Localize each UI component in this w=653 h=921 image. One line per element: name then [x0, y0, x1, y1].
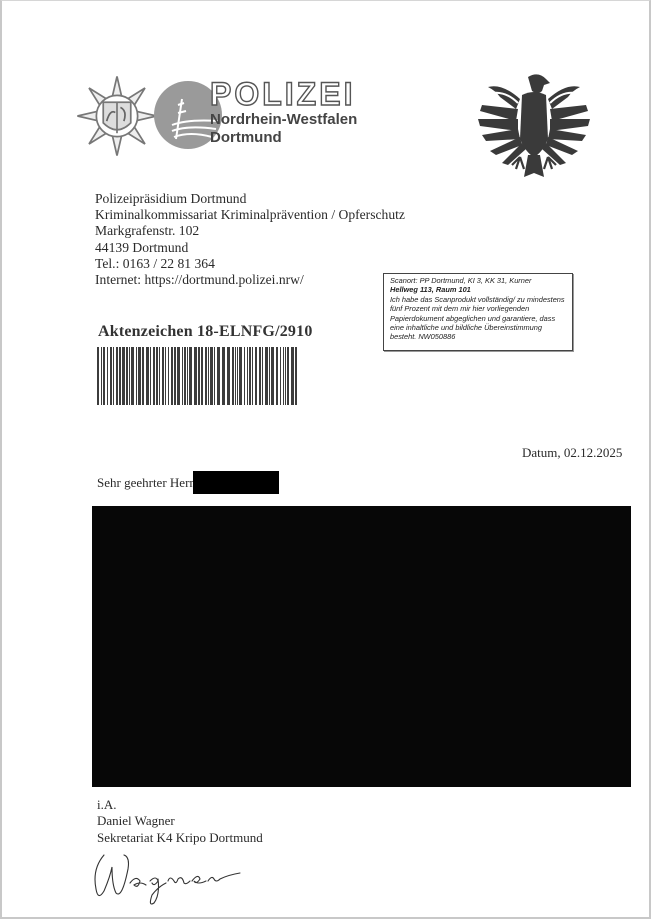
- scan-statement: Ich habe das Scanprodukt vollständig/ zu…: [390, 295, 566, 342]
- signer-name: Daniel Wagner: [97, 813, 263, 829]
- greeting: Sehr geehrter Herr: [97, 475, 194, 491]
- sender-line: Internet: https://dortmund.polizei.nrw/: [95, 272, 405, 288]
- scan-location-room: Hellweg 113, Raum 101: [390, 285, 566, 294]
- scan-notice-box: Scanort: PP Dortmund, KI 3, KK 31, Kurne…: [383, 273, 573, 351]
- redaction-name: [193, 471, 279, 494]
- logo-subtitle-state: Nordrhein-Westfalen: [210, 111, 357, 129]
- police-star-icon: [74, 73, 160, 159]
- sender-line: Polizeipräsidium Dortmund: [95, 191, 405, 207]
- letter-date: Datum, 02.12.2025: [522, 445, 622, 461]
- federal-eagle-icon: [472, 69, 596, 187]
- letter-page: POLIZEI Nordrhein-Westfalen Dortmund: [0, 0, 651, 919]
- redaction-body: [92, 506, 631, 787]
- sender-line: Markgrafenstr. 102: [95, 223, 405, 239]
- logo-subtitle: Nordrhein-Westfalen Dortmund: [210, 111, 357, 147]
- sender-line: 44139 Dortmund: [95, 240, 405, 256]
- scan-location: Scanort: PP Dortmund, KI 3, KK 31, Kurne…: [390, 276, 566, 285]
- signer-department: Sekretariat K4 Kripo Dortmund: [97, 830, 263, 846]
- handwritten-signature: [90, 849, 250, 907]
- sender-line: Kriminalkommissariat Kriminalprävention …: [95, 207, 405, 223]
- case-reference: Aktenzeichen 18-ELNFG/2910: [98, 323, 313, 341]
- sender-address: Polizeipräsidium Dortmund Kriminalkommis…: [95, 191, 405, 288]
- closing-ia: i.A.: [97, 797, 263, 813]
- logo-subtitle-city: Dortmund: [210, 129, 357, 147]
- logo-title: POLIZEI: [210, 77, 355, 111]
- barcode-icon: [97, 347, 298, 405]
- sender-line: Tel.: 0163 / 22 81 364: [95, 256, 405, 272]
- closing-block: i.A. Daniel Wagner Sekretariat K4 Kripo …: [97, 797, 263, 846]
